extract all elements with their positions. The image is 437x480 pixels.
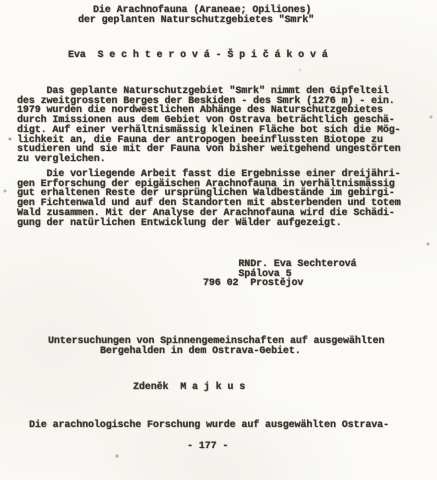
article2-title-line2: Bergehalden in dem Ostrava-Gebiet. [100, 347, 301, 357]
article2-author-name: Zdeněk M a j k u s [133, 383, 245, 393]
article1-author-name: Eva S e c h t e r o v á - Š p i č á k o … [68, 51, 328, 61]
article1-abstract-paragraph-2: Die vorliegende Arbeit fasst die Ergebni… [17, 170, 401, 228]
scanned-document-page: Die Arachnofauna (Araneae; Opiliones) de… [0, 0, 437, 480]
article1-abstract-paragraph-1: Das geplante Naturschutzgebiet "Smrk" ni… [17, 87, 401, 165]
article1-title-line2: der geplanten Naturschutzgebietes "Smrk" [78, 16, 314, 26]
page-number: - 177 - [187, 442, 228, 452]
article1-author-address: RNDr. Eva Sechterová Spálova 5 796 02 Pr… [203, 260, 356, 289]
article2-first-text-line: Die arachnologische Forschung wurde auf … [29, 421, 389, 431]
